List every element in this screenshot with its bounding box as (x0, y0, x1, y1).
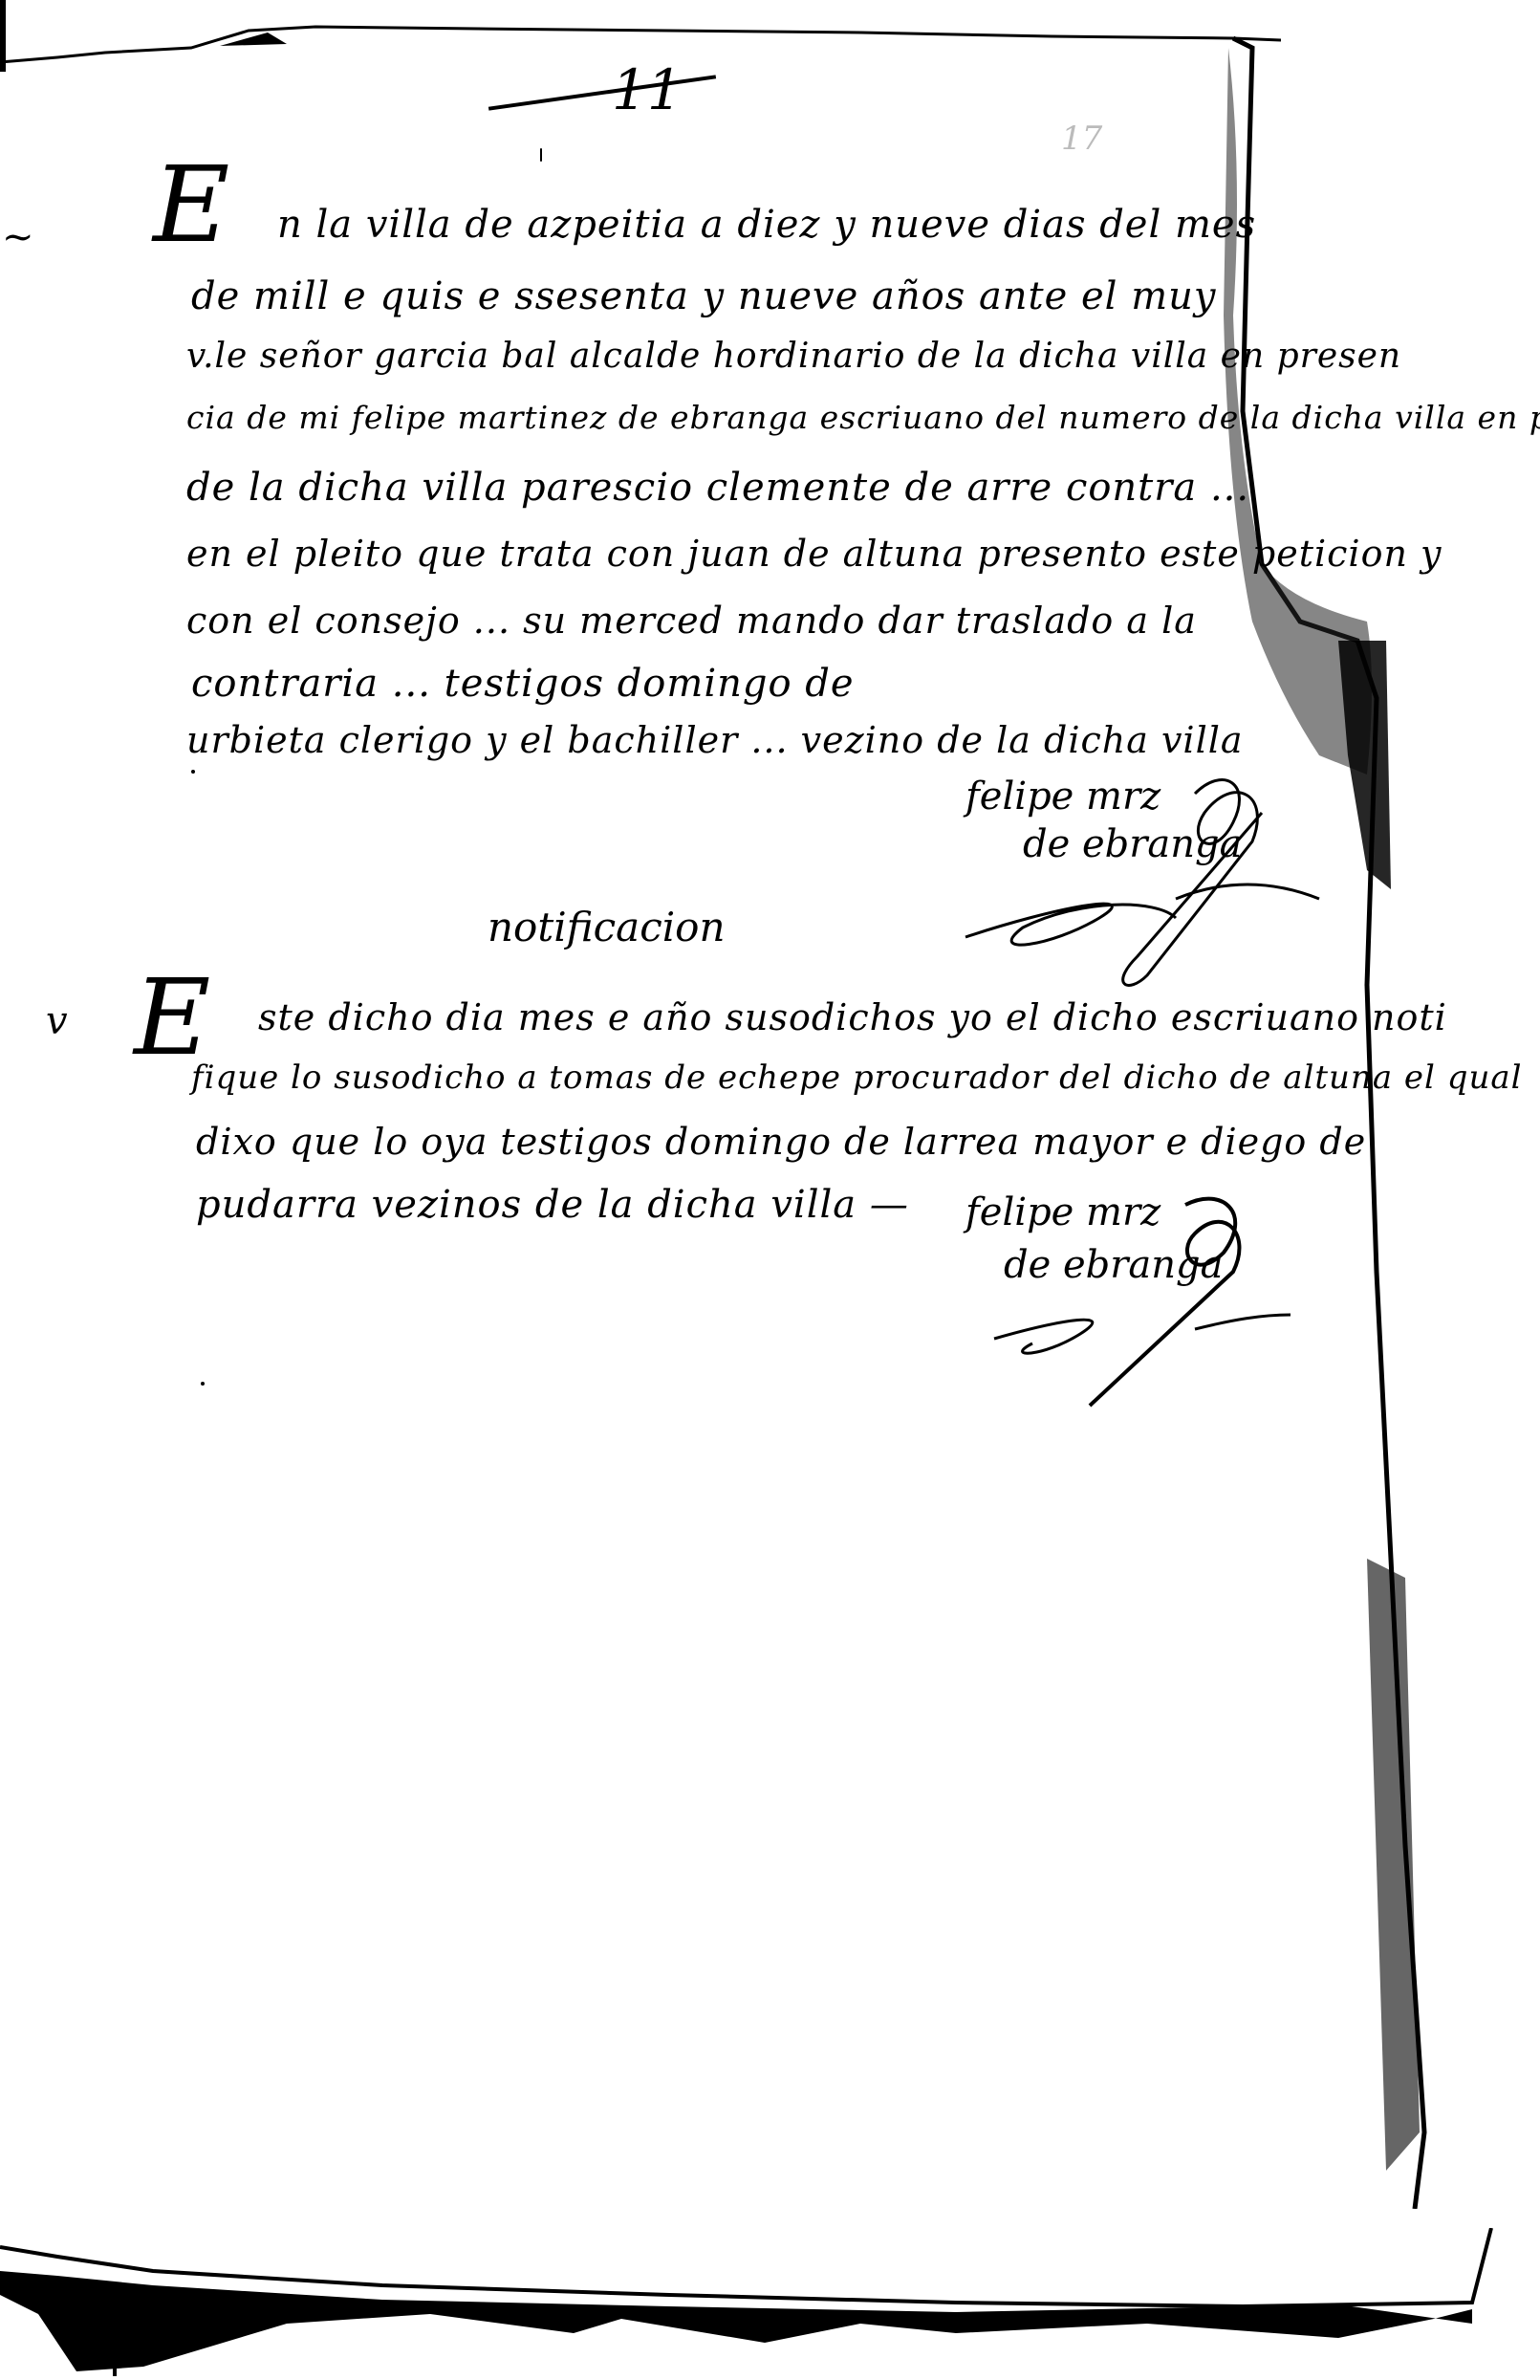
text-line: de mill e quis e ssesenta y nueve años a… (191, 277, 1216, 316)
text-line: urbieta clerigo y el bachiller ... vezin… (186, 722, 1244, 758)
ink-speck (191, 770, 195, 774)
text-line: en el pleito que trata con juan de altun… (186, 535, 1442, 572)
ink-speck (540, 148, 542, 162)
margin-mark: v (46, 999, 68, 1043)
folio-number: 11 (612, 57, 683, 122)
text-line: fique lo susodicho a tomas de echepe pro… (191, 1061, 1523, 1094)
text-line: con el consejo ... su merced mando dar t… (186, 602, 1197, 639)
text-line: de la dicha villa parescio clemente de a… (186, 469, 1249, 507)
ink-speck (201, 1382, 205, 1386)
manuscript-page: 11 17 ~ E n la villa de azpeitia a diez … (0, 0, 1540, 2380)
signature-rubric-icon (946, 1176, 1329, 1415)
folio-number-faint: 17 (1061, 120, 1102, 158)
decorated-initial: E (153, 143, 229, 266)
text-line: v.le señor garcia bal alcalde hordinario… (186, 339, 1401, 374)
text-line: dixo que lo oya testigos domingo de larr… (196, 1124, 1366, 1160)
text-line: contraria ... testigos domingo de (191, 665, 855, 703)
page-bottom-edge (0, 2228, 1540, 2380)
text-line: n la villa de azpeitia a diez y nueve di… (277, 206, 1256, 244)
text-line: cia de mi felipe martinez de ebranga esc… (186, 402, 1540, 433)
entry-heading: notificacion (488, 904, 726, 950)
text-line: pudarra vezinos de la dicha villa — (196, 1186, 909, 1224)
text-line: ste dicho dia mes e año susodichos yo el… (258, 999, 1447, 1036)
signature-rubric-icon (908, 755, 1386, 994)
margin-mark: ~ (2, 215, 34, 259)
